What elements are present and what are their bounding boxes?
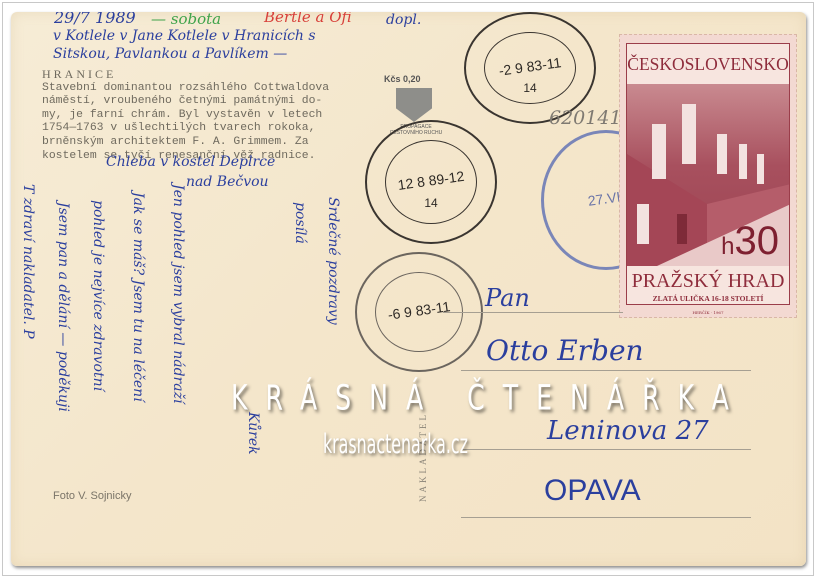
caption-line: Stavební dominantou rozsáhlého Cottwaldo… <box>42 82 342 96</box>
handwritten-column: Jsem pan a dělání — poděkuji <box>55 202 71 412</box>
watermark-url[interactable]: krasnactenarka.cz <box>323 430 468 460</box>
stamp-title: PRAŽSKÝ HRAD <box>627 270 789 293</box>
handwritten-signature: Kůrek <box>245 412 261 455</box>
address-salutation: Pan <box>485 284 530 312</box>
handwritten-column: Jen pohled jsem vybral nádraží <box>170 184 186 403</box>
stamp-value: h30 <box>721 219 779 264</box>
caption-line: my, je farní chrám. Byl vystavěn v letec… <box>42 109 342 123</box>
watermark-title: KRÁSNÁ ČTENÁŘKA <box>231 377 747 418</box>
handwritten-middle: Srdečné pozdravy <box>325 197 341 325</box>
handwritten-top-end: dopl. <box>386 12 421 28</box>
handwritten-column: Jak se máš? Jsem tu na léčení <box>130 192 146 402</box>
handwritten-date: 29/7 1989 <box>54 12 136 27</box>
penciled-number: 620141 <box>549 107 622 129</box>
caption-line: brněnským architektem F. A. Grimmem. Za <box>42 136 342 150</box>
indicia-value: Kčs 0,20 <box>384 74 448 84</box>
postage-stamp: ČESKOSLOVENSKO h30 PRAŽSKÝ HRAD ZLATÁ <box>619 34 797 318</box>
printed-caption: HRANICE Stavební dominantou rozsáhlého C… <box>42 68 342 163</box>
stamp-illustration: h30 <box>627 84 789 266</box>
handwritten-red-names: Bertle a Ofi <box>264 12 352 26</box>
address-line <box>461 517 751 518</box>
stamp-country: ČESKOSLOVENSKO <box>627 44 789 85</box>
stamp-engraver: HERČÍK · 1967 <box>620 310 796 315</box>
address-line <box>461 370 751 371</box>
handwritten-weekday: — sobota <box>151 12 221 28</box>
caption-line: náměstí, vroubeného četnými památnými do… <box>42 95 342 109</box>
castle-icon <box>396 88 432 122</box>
handwritten-middle: posílá <box>292 202 308 244</box>
postmark-number: 14 <box>466 81 594 95</box>
address-street: Leninova 27 <box>547 416 709 446</box>
postcard: 29/7 1989 — sobota Bertle a Ofi dopl. v … <box>11 12 806 566</box>
caption-line: 1754—1763 v ušlechtilých tvarech rokoka, <box>42 122 342 136</box>
address-name: Otto Erben <box>486 334 644 367</box>
handwritten-column: pohled je nejvíce zdravotní <box>90 200 106 391</box>
caption-title: HRANICE <box>42 68 342 82</box>
handwritten-under-1: Chleba v kostel Deplrce <box>106 154 275 170</box>
handwritten-column: T zdraví nakladatel. P <box>20 184 36 339</box>
handwritten-line-3: Sitskou, Pavlankou a Pavlíkem — <box>53 46 287 62</box>
stamp-subtitle: ZLATÁ ULIČKA 16-18 STOLETÍ <box>627 294 789 303</box>
handwritten-line-2: v Kotlele v Jane Kotlele v Hranicích s <box>53 28 316 44</box>
photo-credit: Foto V. Sojnicky <box>53 490 131 502</box>
address-line <box>461 449 751 450</box>
postmark-number: 14 <box>367 196 495 210</box>
postmark: 12 8 89-12 14 <box>365 120 497 244</box>
address-city: OPAVA <box>544 474 641 508</box>
address-line <box>443 312 623 313</box>
handwritten-under-2: nad Bečvou <box>186 174 269 190</box>
